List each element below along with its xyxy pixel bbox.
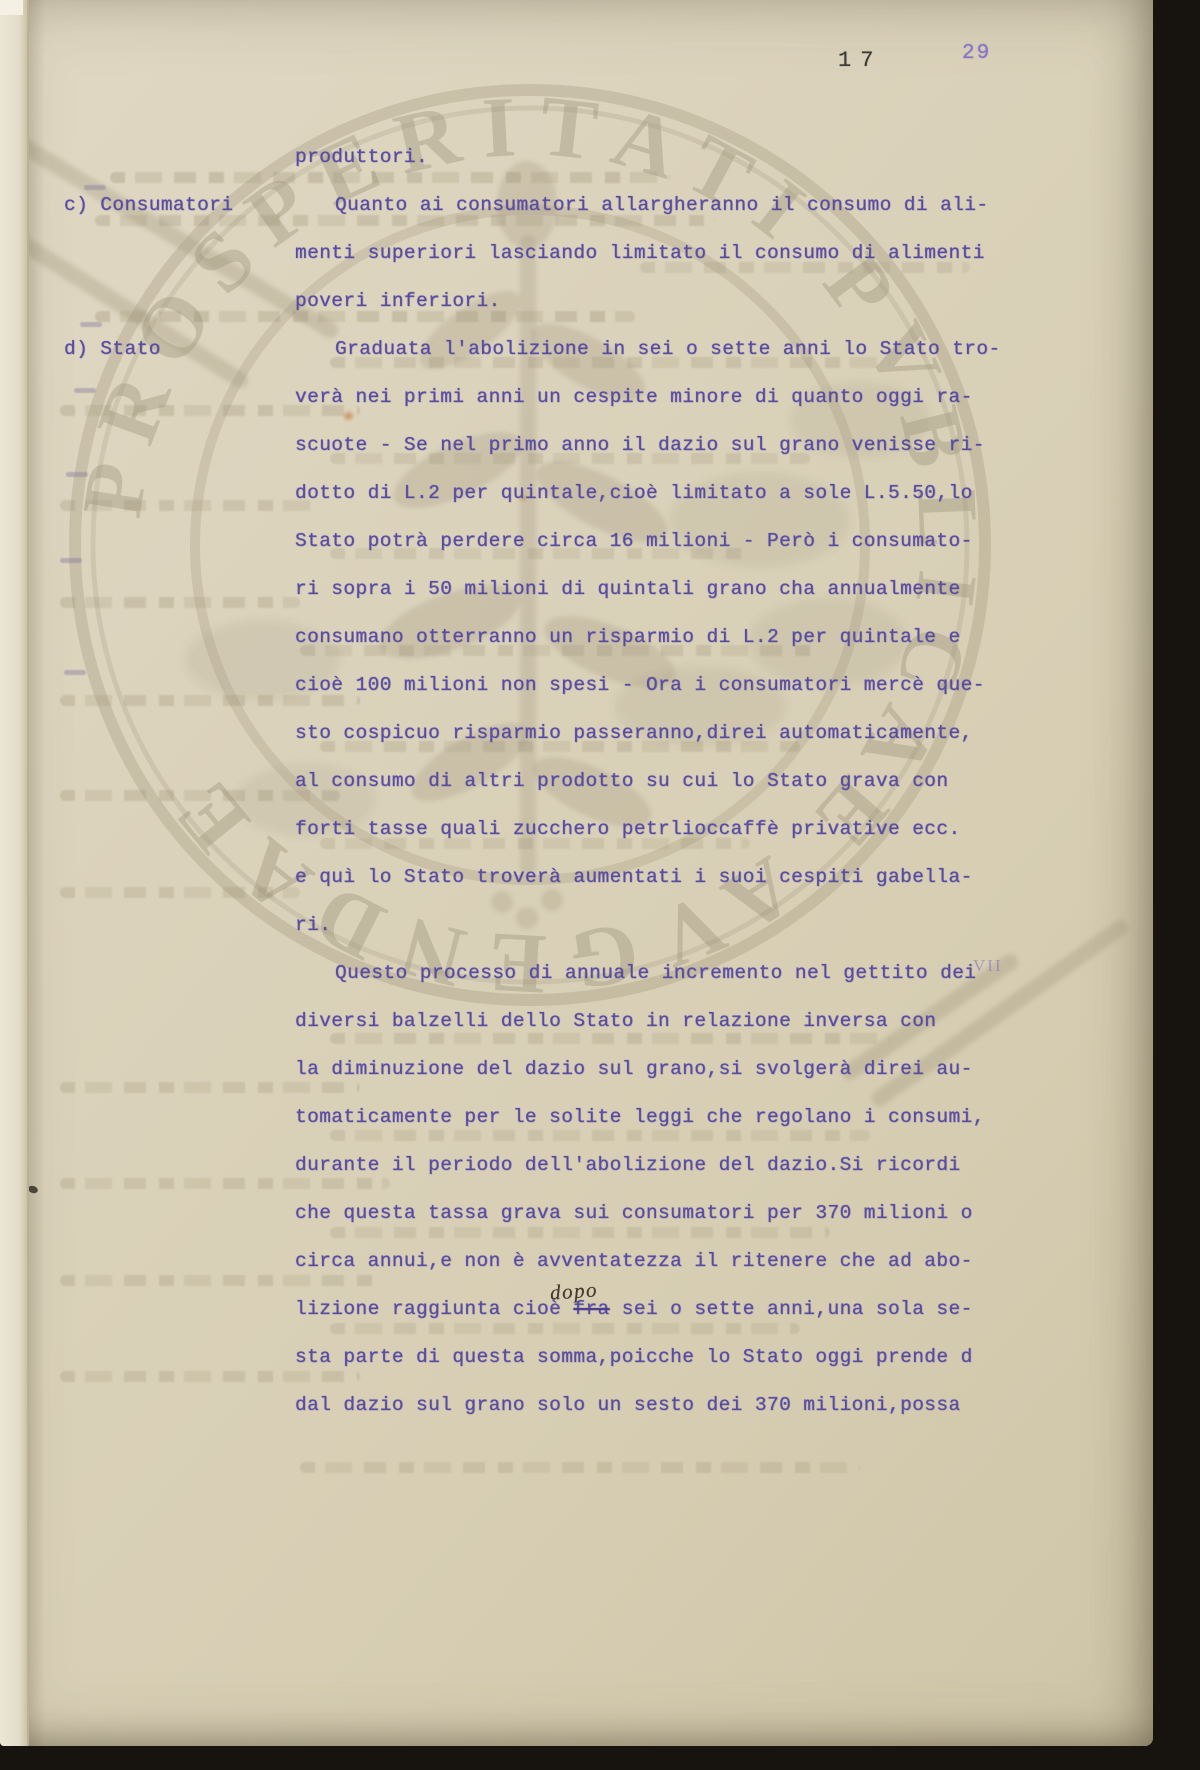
bleedthrough-line [330, 1323, 800, 1334]
typed-line: sta parte di questa somma,poicche lo Sta… [295, 1346, 973, 1368]
typed-line: Questo processo di annuale incremento ne… [295, 962, 976, 984]
handwritten-correction: dopo [549, 1277, 599, 1305]
typed-line: dotto di L.2 per quintale,cioè limitato … [295, 482, 973, 504]
bleedthrough-line [330, 1130, 870, 1141]
typed-line: consumano otterranno un risparmio di L.2… [295, 626, 961, 648]
bleedthrough-line [60, 500, 320, 511]
bleedthrough-line [95, 311, 635, 322]
bleedthrough-line [60, 695, 360, 706]
typed-line: poveri inferiori. [295, 290, 501, 312]
typed-line: diversi balzelli dello Stato in relazion… [295, 1010, 936, 1032]
typed-line: sto cospicuo risparmio passeranno,direi … [295, 722, 973, 744]
bleedthrough-line [110, 172, 670, 183]
paper-sheet: PROSPERITATI PVBLICAE AVGENDAE [0, 0, 1153, 1746]
typed-line: scuote - Se nel primo anno il dazio sul … [295, 434, 985, 456]
bleedthrough-line [60, 597, 300, 608]
typed-line: e quì lo Stato troverà aumentati i suoi … [295, 866, 973, 888]
bleedthrough-dash [84, 185, 106, 190]
typed-line: che questa tassa grava sui consumatori p… [295, 1202, 973, 1224]
paper-left-edge-shadow [29, 0, 45, 1746]
typed-line: Quanto ai consumatori allargheranno il c… [295, 194, 989, 216]
stamped-page-number: 29 [962, 42, 991, 65]
typed-line-with-correction: lizione raggiunta cioè fra sei o sette a… [295, 1298, 973, 1320]
bleedthrough-line [60, 1371, 360, 1382]
bleedthrough-line [330, 1227, 830, 1238]
typed-page-number: 17 [838, 48, 882, 73]
typed-line: ri sopra i 50 milioni di quintali grano … [295, 578, 961, 600]
paper-corner-notch [0, 0, 23, 15]
bleedthrough-line [60, 887, 300, 898]
document-photo: PROSPERITATI PVBLICAE AVGENDAE [0, 0, 1200, 1770]
typed-segment: lizione raggiunta cioè [295, 1298, 573, 1320]
bleedthrough-line [60, 1082, 360, 1093]
bleedthrough-dash [80, 322, 102, 327]
margin-numeral: VII [973, 956, 1003, 976]
bleedthrough-line [330, 1033, 890, 1044]
typed-line: al consumo di altri prodotto su cui lo S… [295, 770, 949, 792]
bleedthrough-line [60, 1178, 390, 1189]
typed-line: forti tasse quali zucchero petrlioccaffè… [295, 818, 961, 840]
typed-line: durante il periodo dell'abolizione del d… [295, 1154, 961, 1176]
rust-stain [344, 412, 353, 420]
typed-line: dal dazio sul grano solo un sesto dei 37… [295, 1394, 961, 1416]
typed-line: circa annui,e non è avventatezza il rite… [295, 1250, 973, 1272]
typed-line: la diminuzione del dazio sul grano,si sv… [295, 1058, 973, 1080]
bleedthrough-dash [74, 388, 96, 393]
bleedthrough-line [95, 215, 715, 226]
bleedthrough-dash [64, 670, 86, 675]
typed-line: tomaticamente per le solite leggi che re… [295, 1106, 985, 1128]
typed-segment: sei o sette anni,una sola se- [610, 1298, 973, 1320]
bleedthrough-line [300, 1462, 860, 1473]
section-label-consumatori: c) Consumatori [64, 194, 233, 216]
typed-line: produttori. [295, 146, 428, 168]
bleedthrough-dash [66, 472, 88, 477]
typed-line: Stato potrà perdere circa 16 milioni - P… [295, 530, 973, 552]
typed-line: Graduata l'abolizione in sei o sette ann… [295, 338, 1001, 360]
paper-left-edge [0, 0, 29, 1746]
bleedthrough-line [60, 1275, 380, 1286]
section-label-stato: d) Stato [64, 338, 161, 360]
typed-line: menti superiori lasciando limitato il co… [295, 242, 985, 264]
typed-line: cioè 100 milioni non spesi - Ora i consu… [295, 674, 985, 696]
typed-line: verà nei primi anni un cespite minore di… [295, 386, 973, 408]
bleedthrough-dash [60, 558, 82, 563]
typed-line: ri. [295, 914, 331, 936]
